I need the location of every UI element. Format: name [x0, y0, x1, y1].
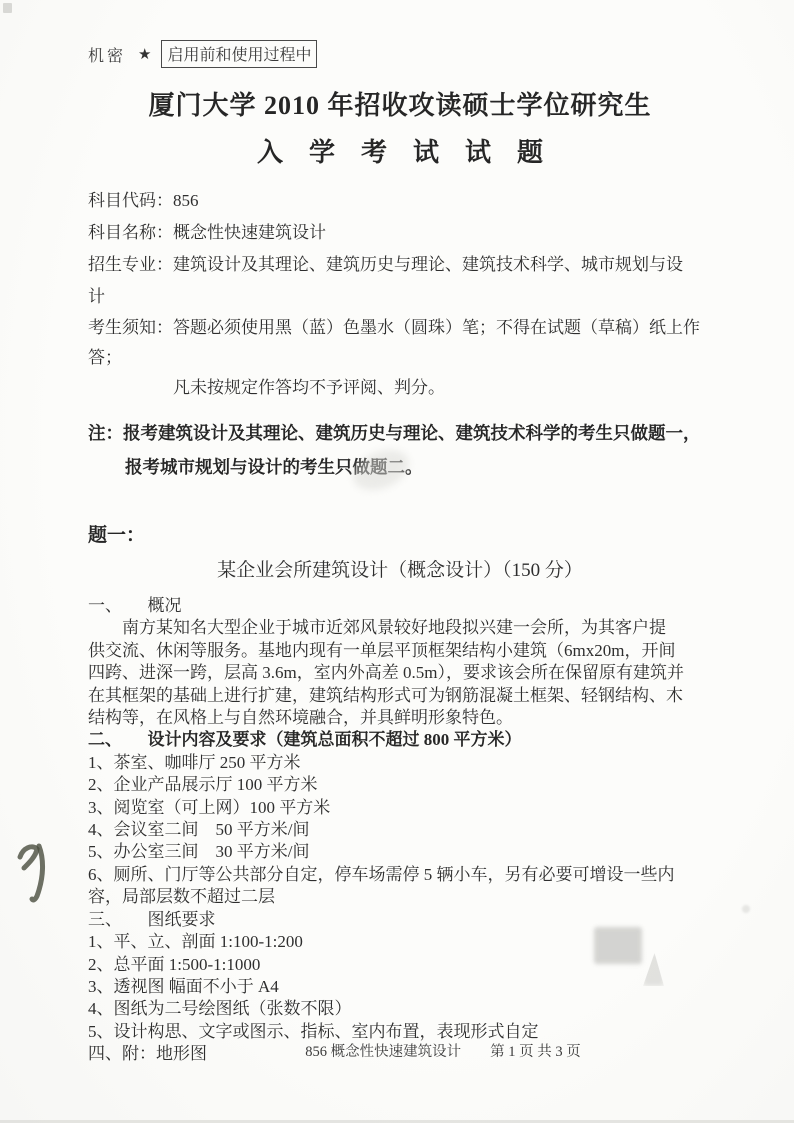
drawing-requirement-line: 3、透视图 幅面不小于 A4	[88, 976, 712, 998]
usage-period-box: 启用前和使用过程中	[161, 40, 317, 68]
requirement-line: 2、企业产品展示厅 100 平方米	[88, 774, 712, 796]
overview-line: 供交流、休闲等服务。基地内现有一单层平顶框架结构小建筑（6mx20m，开间	[88, 640, 712, 662]
exam-paper-page: 机密 ★ 启用前和使用过程中 厦门大学 2010 年招收攻读硕士学位研究生 入 …	[0, 0, 794, 1123]
question-one-subtitle: 某企业会所建筑设计（概念设计）（150 分）	[88, 558, 712, 584]
requirements-list: 1、茶室、咖啡厅 250 平方米2、企业产品展示厅 100 平方米3、阅览室（可…	[88, 752, 712, 909]
notice-line-1: 考生须知：答题必须使用黑（蓝）色墨水（圆珠）笔；不得在试题（草稿）纸上作答；	[88, 313, 712, 373]
overview-line: 在其框架的基础上进行扩建，建筑结构形式可为钢筋混凝土框架、轻钢结构、木	[88, 685, 712, 707]
question-one-body: 一、 概况 南方某知名大型企业于城市近郊风景较好地段拟兴建一会所，为其客户提供交…	[88, 595, 712, 1066]
page-content: 机密 ★ 启用前和使用过程中 厦门大学 2010 年招收攻读硕士学位研究生 入 …	[88, 0, 712, 1066]
subject-code-value: 856	[173, 191, 199, 210]
classification-line: 机密 ★ 启用前和使用过程中	[88, 40, 712, 68]
subject-name-label: 科目名称：	[88, 223, 173, 242]
subject-name-value: 概念性快速建筑设计	[173, 223, 326, 242]
requirement-line: 5、办公室三间 30 平方米/间	[88, 841, 712, 863]
subject-code-label: 科目代码：	[88, 191, 173, 210]
overview-line: 四跨、进深一跨，层高 3.6m，室内外高差 0.5m），要求该会所在保留原有建筑…	[88, 662, 712, 684]
requirement-line: 4、会议室二间 50 平方米/间	[88, 819, 712, 841]
scan-artifact-corner	[3, 3, 12, 13]
requirement-line: 6、厕所、门厅等公共部分自定，停车场需停 5 辆小车，另有必要可增设一些内	[88, 864, 712, 886]
page-footer: 856 概念性快速建筑设计 第 1 页 共 3 页	[46, 1040, 794, 1061]
major-value: 建筑设计及其理论、建筑历史与理论、建筑技术科学、城市规划与设	[173, 255, 683, 274]
note-label: 注：	[88, 423, 123, 443]
overview-line: 南方某知名大型企业于城市近郊风景较好地段拟兴建一会所，为其客户提	[88, 617, 712, 639]
subject-name-line: 科目名称：概念性快速建筑设计	[88, 217, 712, 249]
confidential-label: 机密	[88, 43, 126, 66]
note-text: 报考建筑设计及其理论、建筑历史与理论、建筑技术科学的考生只做题一，	[123, 423, 701, 443]
major-label: 招生专业：	[88, 255, 173, 274]
note-line-2: 报考城市规划与设计的考生只做题二。	[125, 450, 712, 484]
exam-title-line1: 厦门大学 2010 年招收攻读硕士学位研究生	[88, 89, 712, 122]
overview-line: 结构等，在风格上与自然环境融合，并具鲜明形象特色。	[88, 707, 712, 729]
notice-text: 答题必须使用黑（蓝）色墨水（圆珠）笔；不得在试题（草稿）纸上作答；	[88, 318, 700, 367]
handwritten-mark	[16, 841, 54, 903]
requirements-heading: 二、 设计内容及要求（建筑总面积不超过 800 平方米）	[88, 729, 712, 751]
major-line-1: 招生专业：建筑设计及其理论、建筑历史与理论、建筑技术科学、城市规划与设	[88, 249, 712, 281]
question-one-heading: 题一：	[88, 523, 712, 548]
overview-paragraph: 南方某知名大型企业于城市近郊风景较好地段拟兴建一会所，为其客户提供交流、休闲等服…	[88, 617, 712, 729]
scan-smudge	[594, 927, 642, 964]
overview-heading: 一、 概况	[88, 595, 712, 617]
requirement-line: 1、茶室、咖啡厅 250 平方米	[88, 752, 712, 774]
notice-line-2: 凡未按规定作答均不予评阅、判分。	[173, 373, 712, 402]
drawing-requirement-line: 4、图纸为二号绘图纸（张数不限）	[88, 998, 712, 1020]
star-icon: ★	[138, 45, 151, 64]
requirement-line: 3、阅览室（可上网）100 平方米	[88, 797, 712, 819]
subject-code-line: 科目代码：856	[88, 185, 712, 217]
notice-label: 考生须知：	[88, 318, 173, 337]
major-line-2: 计	[88, 281, 712, 313]
requirement-line: 容，局部层数不超过二层	[88, 886, 712, 908]
exam-title-line2: 入 学 考 试 试 题	[88, 136, 712, 169]
note-line-1: 注：报考建筑设计及其理论、建筑历史与理论、建筑技术科学的考生只做题一，	[88, 416, 712, 450]
scan-smudge	[742, 905, 750, 913]
exam-meta-block: 科目代码：856 科目名称：概念性快速建筑设计 招生专业：建筑设计及其理论、建筑…	[88, 185, 712, 402]
